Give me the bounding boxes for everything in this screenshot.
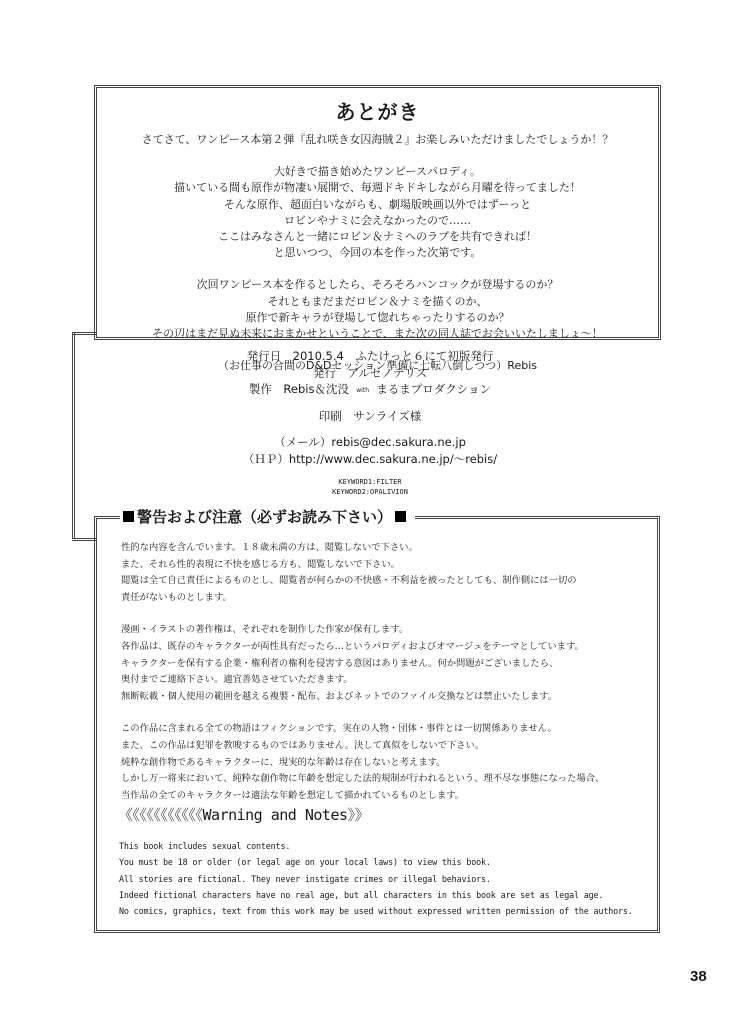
keyword-1: KEYWORD1:FILTER [170,477,570,487]
warning-line: しかし万一将来において、純粋な創作物に年齢を想定した法的規制が行われるという、理… [121,771,604,788]
printing: 印刷 サンライズ様 [170,408,570,425]
mail: （メール）rebis@dec.sakura.ne.jp [170,434,570,451]
warning-line: 閲覧は全て自己責任によるものとし、閲覧者が何らかの不快感・不利益を被ったとしても… [121,573,604,590]
production-suffix: まるまプロダクション [376,382,491,396]
english-warning-line: This book includes sexual contents. [119,838,633,854]
connector-bottom [72,538,96,541]
english-warning-line: All stories are fictional. They never in… [119,871,633,887]
publisher: 発行 アルセノテリス [170,365,570,382]
production-with: with [356,387,369,394]
afterword-line: ロビンやナミに会えなかったので…… [97,213,658,229]
connector-top [72,332,96,335]
afterword-line: ここはみなさんと一緒にロビン＆ナミへのラブを共有できれば！ [97,229,658,245]
colophon: 発行日 2010.5.4 ふたけっと６にて初版発行 発行 アルセノテリス 製作 … [170,348,570,497]
connector-vertical [72,332,75,539]
square-bullet-icon [123,511,134,522]
afterword-box: あとがき さてさて、ワンピース本第２弾『乱れ咲き女囚海賊２』お楽しみいただけまし… [94,85,661,340]
warning-heading: 警告および注意（必ずお読み下さい） [120,506,415,527]
afterword-line: と思いつつ、今回の本を作った次第です。 [97,245,658,261]
issue-date: 発行日 2010.5.4 ふたけっと６にて初版発行 [170,348,570,365]
afterword-line: そんな原作、超面白いながらも、劇場版映画以外ではずーっと [97,197,658,213]
afterword-line: さてさて、ワンピース本第２弾『乱れ咲き女囚海賊２』お楽しみいただけましたでしょう… [97,132,658,148]
warning-line: 各作品は、既存のキャラクターが両性具有だったら…というパロディおよびオマージュを… [121,639,604,656]
english-warning-line: You must be 18 or older (or legal age on… [119,854,633,870]
warning-jp-body: 性的な内容を含んでいます。１８歳未満の方は、閲覧しないで下さい。 また、それら性… [121,540,604,804]
english-warning-line: No comics, graphics, text from this work… [119,903,633,919]
warning-line: 責任がないものとします。 [121,590,604,607]
warning-heading-text: 警告および注意（必ずお読み下さい） [137,506,392,527]
warning-line: また、この作品は犯罪を教唆するものではありません。決して真似をしないで下さい。 [121,738,604,755]
english-warning-body: This book includes sexual contents. You … [119,838,633,919]
page-number: 38 [690,968,707,985]
keyword-2: KEYWORD2:OPALIVION [170,487,570,497]
afterword-title: あとがき [97,96,658,125]
english-warning-line: Indeed fictional characters have no real… [119,887,633,903]
warning-line: この作品に含まれる全ての物語はフィクションです。実在の人物・団体・事件とは一切関… [121,721,604,738]
afterword-line: 次回ワンピース本を作るとしたら、そろそろハンコックが登場するのか？ [97,277,658,293]
warning-line: 漫画・イラストの著作権は、それぞれを制作した作家が保有します。 [121,622,604,639]
warning-line: 性的な内容を含んでいます。１８歳未満の方は、閲覧しないで下さい。 [121,540,604,557]
afterword-line: 描いている間も原作が物凄い展開で、毎週ドキドキしながら月曜を待ってました！ [97,180,658,196]
afterword-line: 原作で新キャラが登場して惚れちゃったりするのか？ [97,310,658,326]
square-bullet-icon [395,511,406,522]
warning-line: 無断転載・個人使用の範囲を越える複製・配布、およびネットでのファイル交換などは禁… [121,689,604,706]
warning-line: 当作品の全てのキャラクターは適法な年齢を想定して描かれているものとします。 [121,788,604,805]
homepage: （ＨＰ）http://www.dec.sakura.ne.jp/～rebis/ [170,451,570,468]
warning-line: キャラクターを保有する企業・権利者の権利を侵害する意図はありません。何か問題がご… [121,656,604,673]
production: 製作 Rebis＆沈没 with まるまプロダクション [170,381,570,400]
afterword-line: それともまだまだロビン＆ナミを描くのか、 [97,294,658,310]
warning-line: また、それら性的表現に不快を感じる方も、閲覧しないで下さい。 [121,557,604,574]
afterword-line: 大好きで描き始めたワンピースパロディ。 [97,164,658,180]
production-prefix: 製作 Rebis＆沈没 [249,382,349,396]
warning-line: 純粋な創作物であるキャラクターに、現実的な年齢は存在しないと考えます。 [121,755,604,772]
afterword-line: その辺はまだ見ぬ未来におまかせということで、また次の同人誌でお会いいたしましょ～… [97,326,658,342]
english-warning-heading: 《《《《《《《《《《《Warning and Notes》》 [118,804,369,825]
warning-line: 奥付までご連絡下さい。適宜善処させていただきます。 [121,672,604,689]
afterword-body: さてさて、ワンピース本第２弾『乱れ咲き女囚海賊２』お楽しみいただけましたでしょう… [97,132,658,374]
